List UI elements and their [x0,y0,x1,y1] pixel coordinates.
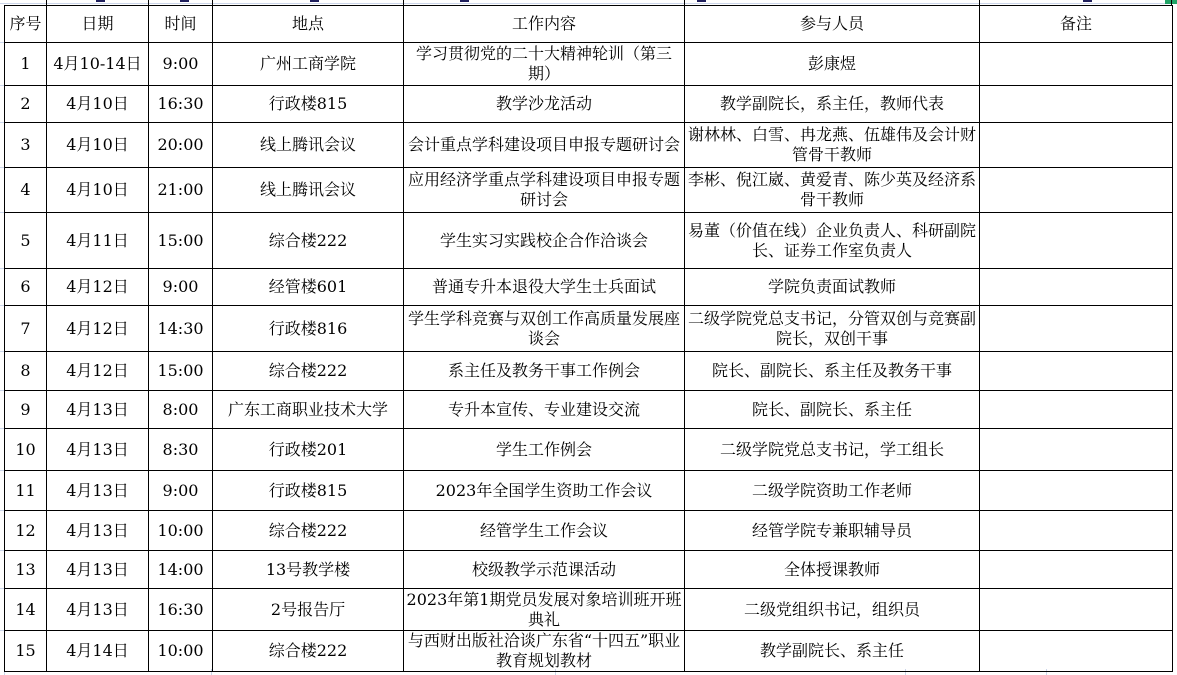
column-header-6[interactable]: 备注 [980,6,1173,43]
table-cell[interactable]: 11 [5,471,47,511]
table-cell[interactable]: 二级学院党总支书记，分管双创与竞赛副院长，双创干事 [685,306,980,352]
table-cell[interactable]: 行政楼815 [213,471,404,511]
table-cell[interactable]: 经管学生工作会议 [404,511,685,551]
table-cell[interactable] [980,511,1173,551]
table-row: 114月13日9:00行政楼8152023年全国学生资助工作会议二级学院资助工作… [5,471,1173,511]
table-cell[interactable]: 9:00 [149,471,213,511]
table-cell[interactable]: 院长、副院长、系主任及教务干事 [685,352,980,391]
table-cell[interactable]: 4月10日 [47,86,149,123]
table-cell[interactable]: 9 [5,391,47,429]
table-cell[interactable]: 4月13日 [47,551,149,589]
table-cell[interactable]: 二级学院党总支书记，学工组长 [685,429,980,471]
table-cell[interactable]: 行政楼201 [213,429,404,471]
table-cell[interactable]: 综合楼222 [213,631,404,672]
table-cell[interactable]: 16:30 [149,86,213,123]
column-header-3[interactable]: 地点 [213,6,404,43]
table-row: 104月13日8:30行政楼201学生工作例会二级学院党总支书记，学工组长 [5,429,1173,471]
table-cell[interactable]: 4月12日 [47,352,149,391]
spreadsheet-viewport: 序号日期时间地点工作内容参与人员备注 14月10-14日9:00广州工商学院学习… [0,0,1177,675]
table-cell[interactable] [980,86,1173,123]
table-cell[interactable]: 4月13日 [47,429,149,471]
table-cell[interactable]: 9:00 [149,43,213,86]
table-cell[interactable]: 14 [5,589,47,631]
table-cell[interactable]: 2号报告厅 [213,589,404,631]
table-cell[interactable]: 20:00 [149,123,213,168]
column-header-4[interactable]: 工作内容 [404,6,685,43]
table-cell[interactable]: 2023年全国学生资助工作会议 [404,471,685,511]
table-cell[interactable]: 系主任及教务干事工作例会 [404,352,685,391]
table-cell[interactable]: 二级学院资助工作老师 [685,471,980,511]
table-cell[interactable]: 14:30 [149,306,213,352]
table-cell[interactable]: 10 [5,429,47,471]
table-cell[interactable]: 教学副院长，系主任，教师代表 [685,86,980,123]
table-cell[interactable] [980,306,1173,352]
table-cell[interactable]: 广州工商学院 [213,43,404,86]
table-cell[interactable]: 经管楼601 [213,269,404,306]
table-cell[interactable]: 学院负责面试教师 [685,269,980,306]
table-cell[interactable]: 4月14日 [47,631,149,672]
table-cell[interactable]: 2023年第1期党员发展对象培训班开班典礼 [404,589,685,631]
table-row: 64月12日9:00经管楼601普通专升本退役大学生士兵面试学院负责面试教师 [5,269,1173,306]
table-cell[interactable]: 13号教学楼 [213,551,404,589]
table-cell[interactable]: 10:00 [149,631,213,672]
table-cell[interactable]: 4月12日 [47,306,149,352]
table-cell[interactable]: 应用经济学重点学科建设项目申报专题研讨会 [404,168,685,213]
table-cell[interactable]: 4月10日 [47,123,149,168]
table-cell[interactable]: 10:00 [149,511,213,551]
table-cell[interactable]: 4月11日 [47,213,149,269]
table-cell[interactable]: 二级党组织书记，组织员 [685,589,980,631]
column-header-0[interactable]: 序号 [5,6,47,43]
table-cell[interactable]: 综合楼222 [213,213,404,269]
table-cell[interactable]: 会计重点学科建设项目申报专题研讨会 [404,123,685,168]
table-cell[interactable]: 4月13日 [47,391,149,429]
table-cell[interactable]: 行政楼815 [213,86,404,123]
table-cell[interactable] [980,589,1173,631]
table-cell[interactable]: 学习贯彻党的二十大精神轮训（第三期） [404,43,685,86]
table-cell[interactable] [980,631,1173,672]
table-cell[interactable]: 3 [5,123,47,168]
table-cell[interactable]: 学生学科竞赛与双创工作高质量发展座谈会 [404,306,685,352]
table-cell[interactable]: 12 [5,511,47,551]
table-row: 144月13日16:302号报告厅2023年第1期党员发展对象培训班开班典礼二级… [5,589,1173,631]
table-cell[interactable]: 全体授课教师 [685,551,980,589]
table-cell[interactable]: 4月10-14日 [47,43,149,86]
table-cell[interactable]: 教学副院长、系主任 [685,631,980,672]
table-cell[interactable]: 校级教学示范课活动 [404,551,685,589]
table-cell[interactable]: 学生工作例会 [404,429,685,471]
table-row: 34月10日20:00线上腾讯会议会计重点学科建设项目申报专题研讨会谢林林、白雪… [5,123,1173,168]
column-header-1[interactable]: 日期 [47,6,149,43]
header-row: 序号日期时间地点工作内容参与人员备注 [5,6,1173,43]
table-cell[interactable] [980,471,1173,511]
table-cell[interactable]: 普通专升本退役大学生士兵面试 [404,269,685,306]
table-cell[interactable]: 15:00 [149,213,213,269]
table-row: 134月13日14:0013号教学楼校级教学示范课活动全体授课教师 [5,551,1173,589]
table-row: 84月12日15:00综合楼222系主任及教务干事工作例会院长、副院长、系主任及… [5,352,1173,391]
table-cell[interactable]: 1 [5,43,47,86]
table-cell[interactable]: 经管学院专兼职辅导员 [685,511,980,551]
cutoff-text-fragment [697,0,706,2]
table-cell[interactable]: 院长、副院长、系主任 [685,391,980,429]
table-cell[interactable]: 4 [5,168,47,213]
table-row: 154月14日10:00综合楼222与西财出版社洽谈广东省“十四五”职业教育规划… [5,631,1173,672]
table-cell[interactable]: 4月13日 [47,511,149,551]
spreadsheet-gridline-top [0,3,1177,4]
table-cell[interactable]: 综合楼222 [213,352,404,391]
column-header-5[interactable]: 参与人员 [685,6,980,43]
table-cell[interactable]: 线上腾讯会议 [213,168,404,213]
table-cell[interactable]: 2 [5,86,47,123]
table-cell[interactable] [980,551,1173,589]
table-cell[interactable]: 与西财出版社洽谈广东省“十四五”职业教育规划教材 [404,631,685,672]
table-cell[interactable]: 李彬、倪江崴、黄爱青、陈少英及经济系骨干教师 [685,168,980,213]
table-cell[interactable]: 广东工商职业技术大学 [213,391,404,429]
table-cell[interactable]: 教学沙龙活动 [404,86,685,123]
table-cell[interactable]: 9:00 [149,269,213,306]
table-row: 124月13日10:00综合楼222经管学生工作会议经管学院专兼职辅导员 [5,511,1173,551]
table-cell[interactable]: 4月13日 [47,589,149,631]
table-row: 74月12日14:30行政楼816学生学科竞赛与双创工作高质量发展座谈会二级学院… [5,306,1173,352]
table-row: 94月13日8:00广东工商职业技术大学专升本宣传、专业建设交流院长、副院长、系… [5,391,1173,429]
table-cell[interactable]: 综合楼222 [213,511,404,551]
cutoff-text-fragment [96,0,105,2]
table-cell[interactable]: 15 [5,631,47,672]
cutoff-text-fragment [180,0,189,2]
table-cell[interactable]: 4月13日 [47,471,149,511]
table-cell[interactable] [980,269,1173,306]
table-cell[interactable] [980,391,1173,429]
table-cell[interactable]: 8 [5,352,47,391]
table-cell[interactable]: 线上腾讯会议 [213,123,404,168]
table-cell[interactable]: 谢林林、白雪、冉龙燕、伍雄伟及会计财管骨干教师 [685,123,980,168]
schedule-table: 序号日期时间地点工作内容参与人员备注 14月10-14日9:00广州工商学院学习… [4,5,1173,672]
table-cell[interactable]: 13 [5,551,47,589]
table-cell[interactable]: 4月12日 [47,269,149,306]
cutoff-text-fragment [310,0,319,2]
table-cell[interactable]: 8:00 [149,391,213,429]
table-cell[interactable]: 8:30 [149,429,213,471]
table-cell[interactable] [980,429,1173,471]
table-cell[interactable]: 行政楼816 [213,306,404,352]
table-row: 44月10日21:00线上腾讯会议应用经济学重点学科建设项目申报专题研讨会李彬、… [5,168,1173,213]
table-cell[interactable]: 5 [5,213,47,269]
table-cell[interactable] [980,43,1173,86]
table-cell[interactable]: 7 [5,306,47,352]
table-row: 24月10日16:30行政楼815教学沙龙活动教学副院长，系主任，教师代表 [5,86,1173,123]
table-cell[interactable]: 易董（价值在线）企业负责人、科研副院长、证券工作室负责人 [685,213,980,269]
cutoff-text-fragment [1083,0,1092,2]
table-cell[interactable]: 专升本宣传、专业建设交流 [404,391,685,429]
table-cell[interactable]: 14:00 [149,551,213,589]
table-cell[interactable]: 21:00 [149,168,213,213]
column-header-2[interactable]: 时间 [149,6,213,43]
table-cell[interactable]: 6 [5,269,47,306]
table-cell[interactable]: 学生实习实践校企合作洽谈会 [404,213,685,269]
table-cell[interactable] [980,352,1173,391]
table-cell[interactable] [980,213,1173,269]
table-cell[interactable] [980,123,1173,168]
table-cell[interactable]: 4月10日 [47,168,149,213]
cutoff-text-fragment [460,0,469,2]
table-cell[interactable]: 16:30 [149,589,213,631]
table-cell[interactable]: 15:00 [149,352,213,391]
table-row: 54月11日15:00综合楼222学生实习实践校企合作洽谈会易董（价值在线）企业… [5,213,1173,269]
table-row: 14月10-14日9:00广州工商学院学习贯彻党的二十大精神轮训（第三期）彭康煜 [5,43,1173,86]
table-cell[interactable]: 彭康煜 [685,43,980,86]
table-cell[interactable] [980,168,1173,213]
